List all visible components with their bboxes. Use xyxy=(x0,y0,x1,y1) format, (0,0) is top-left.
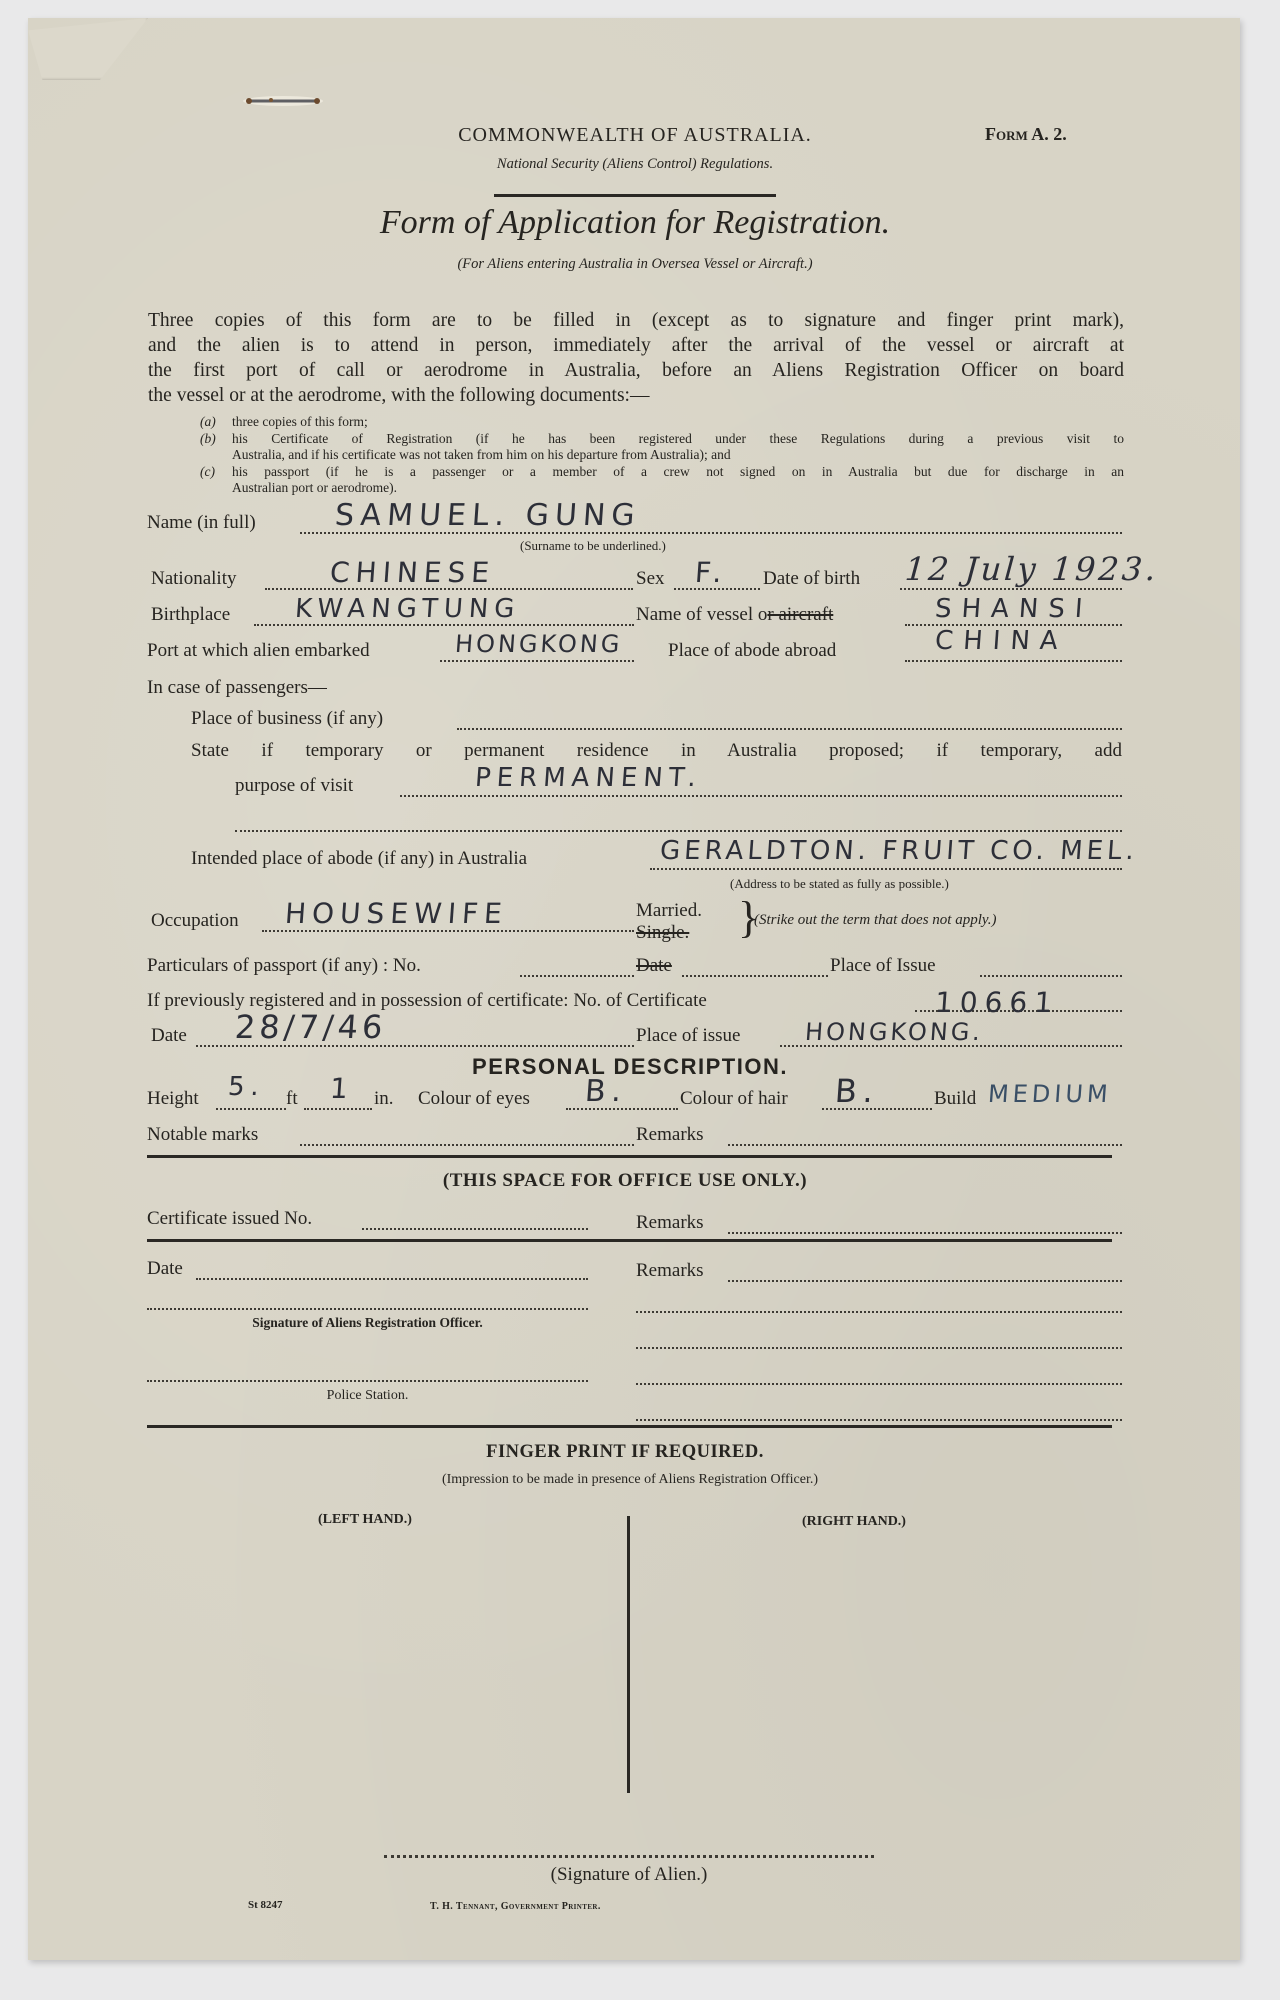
office-remarks-line[interactable] xyxy=(636,1347,1122,1349)
port-embarked-input[interactable]: HONGKONG xyxy=(454,630,623,658)
office-rule xyxy=(147,1239,1112,1242)
intended-abode-line xyxy=(650,868,1122,870)
passport-issue-label: Place of Issue xyxy=(830,955,936,977)
intended-abode-input[interactable]: GERALDTON. FRUIT CO. MEL. xyxy=(659,836,1139,866)
office-remarks-line[interactable] xyxy=(636,1419,1122,1421)
documents-list: (a)three copies of this form; (b)his Cer… xyxy=(200,414,1125,497)
office-remarks-2-label: Remarks xyxy=(636,1260,704,1282)
office-remarks-line[interactable] xyxy=(636,1383,1122,1385)
document-item-c: (c)his passport (if he is a passenger or… xyxy=(200,464,1125,481)
form-code: Form A. 2. xyxy=(985,124,1067,145)
cert-place-input[interactable]: HONGKONG. xyxy=(804,1018,984,1046)
birthplace-line xyxy=(254,624,634,626)
title-rule xyxy=(494,194,776,197)
hair-label: Colour of hair xyxy=(680,1088,788,1110)
alien-signature-line[interactable] xyxy=(384,1855,874,1858)
remarks-label: Remarks xyxy=(636,1124,704,1146)
passport-label: Particulars of passport (if any) : No. xyxy=(147,955,421,977)
height-in-input[interactable]: 1 xyxy=(329,1072,355,1105)
hand-divider xyxy=(627,1516,630,1793)
office-remarks-2-input[interactable] xyxy=(728,1280,1122,1282)
vessel-input[interactable]: SHANSI xyxy=(934,594,1094,624)
document-item-c-cont: Australian port or aerodrome). xyxy=(200,480,1125,497)
notable-marks-input[interactable] xyxy=(300,1144,634,1146)
place-of-business-label: Place of business (if any) xyxy=(191,708,383,730)
cert-date-label: Date xyxy=(151,1025,187,1047)
staple-icon xyxy=(243,96,323,106)
port-embarked-label: Port at which alien embarked xyxy=(147,640,370,662)
country-heading: COMMONWEALTH OF AUSTRALIA. xyxy=(400,124,870,147)
page-title: Form of Application for Registration. xyxy=(250,204,1020,242)
office-remarks-1-input[interactable] xyxy=(728,1232,1122,1234)
passengers-heading: In case of passengers— xyxy=(147,677,327,699)
instructions-paragraph: Three copies of this form are to be fill… xyxy=(148,308,1124,408)
instruction-line: Three copies of this form are to be fill… xyxy=(148,308,1124,333)
nationality-input[interactable]: CHINESE xyxy=(329,556,496,589)
purpose-input[interactable]: PERMANENT. xyxy=(474,763,703,793)
fingerprint-rule xyxy=(147,1425,1112,1428)
abode-abroad-label: Place of abode abroad xyxy=(668,640,836,662)
personal-description-heading: PERSONAL DESCRIPTION. xyxy=(380,1054,880,1080)
nationality-label: Nationality xyxy=(151,568,236,590)
instruction-line: the vessel or at the aerodrome, with the… xyxy=(148,383,1124,408)
fingerprint-heading: FINGER PRINT IF REQUIRED. xyxy=(330,1442,920,1463)
eyes-label: Colour of eyes xyxy=(418,1088,530,1110)
passport-no-input[interactable] xyxy=(520,975,634,977)
height-ft-input[interactable]: 5. xyxy=(227,1072,266,1102)
officer-signature-line[interactable] xyxy=(147,1308,588,1310)
office-date-label: Date xyxy=(147,1258,183,1280)
remarks-input[interactable] xyxy=(728,1144,1122,1146)
occupation-label: Occupation xyxy=(151,910,239,932)
certificate-issued-label: Certificate issued No. xyxy=(147,1208,312,1230)
certificate-issued-input[interactable] xyxy=(362,1228,588,1230)
dob-label: Date of birth xyxy=(763,568,860,590)
purpose-extra-line[interactable] xyxy=(235,830,1122,832)
police-station-line[interactable] xyxy=(147,1380,588,1382)
document-item-b-cont: Australia, and if his certificate was no… xyxy=(200,447,1125,464)
residence-question: State if temporary or permanent residenc… xyxy=(191,740,1122,762)
place-of-business-input[interactable] xyxy=(457,728,1122,730)
dob-input[interactable]: 12 July 1923. xyxy=(904,550,1160,588)
strike-instruction: (Strike out the term that does not apply… xyxy=(754,912,996,929)
name-input[interactable]: SAMUEL. GUNG xyxy=(334,498,642,533)
sex-input[interactable]: F. xyxy=(694,556,729,589)
instruction-line: the first port of call or aerodrome in A… xyxy=(148,358,1124,383)
surname-note: (Surname to be underlined.) xyxy=(520,538,666,554)
dob-line xyxy=(900,588,1122,590)
right-hand-print-area[interactable] xyxy=(632,1540,1122,1790)
height-label: Height xyxy=(147,1088,199,1110)
intended-abode-label: Intended place of abode (if any) in Aust… xyxy=(191,848,527,870)
office-remarks-line[interactable] xyxy=(636,1311,1122,1313)
document-item-a: (a)three copies of this form; xyxy=(200,414,1125,431)
purpose-line xyxy=(400,795,1122,797)
instruction-line: and the alien is to attend in person, im… xyxy=(148,333,1124,358)
police-station-caption: Police Station. xyxy=(147,1388,588,1404)
alien-signature-caption: (Signature of Alien.) xyxy=(384,1864,874,1886)
office-date-input[interactable] xyxy=(196,1278,588,1280)
fingerprint-subheading: (Impression to be made in presence of Al… xyxy=(280,1472,980,1488)
cert-place-label: Place of issue xyxy=(636,1025,740,1047)
section-rule xyxy=(147,1155,1112,1158)
form-number: St 8247 xyxy=(248,1899,283,1911)
sex-label: Sex xyxy=(636,568,665,590)
notable-marks-label: Notable marks xyxy=(147,1124,258,1146)
page-subtitle: (For Aliens entering Australia in Overse… xyxy=(250,256,1020,273)
height-ft-line xyxy=(216,1108,286,1110)
passport-issue-input[interactable] xyxy=(980,975,1122,977)
name-label: Name (in full) xyxy=(147,512,256,534)
office-remarks-1-label: Remarks xyxy=(636,1212,704,1234)
right-hand-label: (RIGHT HAND.) xyxy=(802,1514,906,1530)
cert-date-input[interactable]: 28/7/46 xyxy=(234,1008,388,1046)
vessel-label: Name of vessel or aircraft xyxy=(636,604,833,626)
occupation-line xyxy=(262,930,634,932)
in-label: in. xyxy=(374,1088,394,1110)
prev-certificate-input[interactable]: 10661 xyxy=(934,986,1060,1019)
document-item-b: (b)his Certificate of Registration (if h… xyxy=(200,431,1125,448)
marital-options: Married. Single. xyxy=(636,900,702,944)
address-note: (Address to be stated as fully as possib… xyxy=(730,876,949,892)
build-input[interactable]: MEDIUM xyxy=(987,1080,1113,1108)
birthplace-input[interactable]: KWANGTUNG xyxy=(294,594,521,624)
marital-option-single[interactable]: Single. xyxy=(636,922,702,944)
passport-date-input[interactable] xyxy=(682,975,828,977)
abode-abroad-input[interactable]: CHINA xyxy=(934,626,1069,656)
occupation-input[interactable]: HOUSEWIFE xyxy=(284,897,509,930)
purpose-label: purpose of visit xyxy=(235,775,353,797)
abode-abroad-line xyxy=(905,660,1122,662)
height-in-line xyxy=(304,1108,372,1110)
office-use-heading: (THIS SPACE FOR OFFICE USE ONLY.) xyxy=(330,1170,920,1192)
birthplace-label: Birthplace xyxy=(151,604,230,626)
left-hand-print-area[interactable] xyxy=(147,1540,625,1790)
left-hand-label: (LEFT HAND.) xyxy=(318,1512,412,1528)
prev-certificate-label: If previously registered and in possessi… xyxy=(147,990,707,1012)
printer-imprint: T. H. Tennant, Government Printer. xyxy=(430,1901,601,1912)
port-embarked-line xyxy=(440,660,634,662)
officer-signature-caption: Signature of Aliens Registration Officer… xyxy=(147,1315,588,1331)
hair-input[interactable]: B. xyxy=(834,1072,881,1110)
passport-date-label: Date xyxy=(636,955,672,977)
ft-label: ft xyxy=(286,1088,298,1110)
build-label: Build xyxy=(934,1088,976,1110)
marital-option-married[interactable]: Married. xyxy=(636,900,702,922)
eyes-input[interactable]: B. xyxy=(584,1074,629,1109)
regulations-subheading: National Security (Aliens Control) Regul… xyxy=(400,156,870,173)
